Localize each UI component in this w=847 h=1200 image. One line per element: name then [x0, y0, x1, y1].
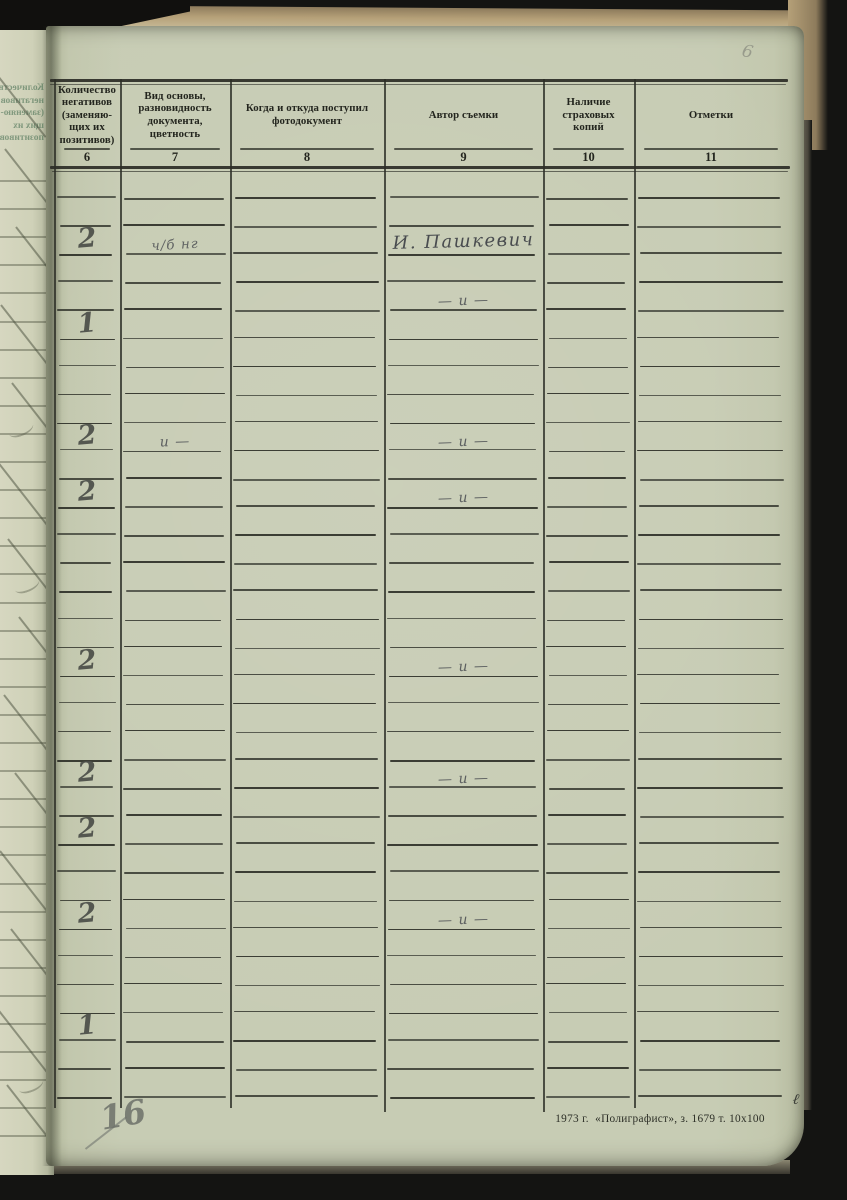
row-line	[549, 451, 625, 453]
row-line	[126, 1041, 224, 1043]
row-line	[548, 367, 628, 369]
row-line	[124, 983, 222, 985]
row-line	[637, 1011, 779, 1013]
row-line	[546, 983, 626, 985]
row-line	[548, 928, 630, 930]
row-line	[57, 984, 114, 986]
row-line	[637, 901, 781, 903]
row-line	[57, 647, 114, 649]
row-line	[236, 281, 379, 283]
row-line	[547, 843, 627, 845]
row-line	[548, 704, 628, 706]
row-line	[60, 786, 113, 788]
row-line	[59, 929, 112, 931]
row-line	[389, 676, 538, 678]
row-line	[123, 1012, 223, 1014]
row-line	[58, 1068, 111, 1070]
row-line	[390, 984, 537, 986]
row-line	[125, 730, 225, 732]
row-line	[59, 254, 112, 256]
column-header-line: (заменяю-	[62, 109, 112, 122]
row-line	[549, 224, 629, 226]
row-line	[390, 1097, 535, 1099]
row-line	[388, 815, 537, 817]
row-line	[640, 927, 782, 929]
row-line	[640, 816, 784, 818]
row-line	[639, 956, 783, 958]
column-header: Когда и откуда поступилфотодокумент	[232, 84, 382, 146]
row-line	[640, 252, 782, 254]
row-line	[637, 563, 781, 565]
row-line	[390, 196, 539, 198]
row-line	[637, 450, 783, 452]
row-line	[640, 1040, 780, 1042]
row-line	[388, 478, 537, 480]
row-line	[389, 786, 536, 788]
row-line	[233, 816, 380, 818]
row-line	[233, 366, 376, 368]
row-line	[387, 844, 538, 846]
row-line	[637, 226, 781, 228]
row-line	[236, 842, 375, 844]
column-header: Автор съемки	[386, 84, 541, 146]
handwritten-entry: — и —	[387, 909, 540, 930]
row-line	[125, 843, 223, 845]
row-line	[387, 507, 538, 509]
header-bottom-rule	[50, 166, 790, 169]
handwritten-entry: и —	[123, 432, 227, 452]
column-border	[230, 79, 232, 1108]
row-line	[638, 648, 784, 650]
row-line	[57, 870, 116, 872]
row-line	[59, 591, 112, 593]
table-top-rule	[50, 79, 788, 82]
row-line	[638, 534, 780, 536]
row-line	[235, 871, 376, 873]
column-number: 11	[634, 150, 788, 164]
row-line	[549, 338, 627, 340]
row-line	[546, 535, 628, 537]
row-line	[638, 1095, 782, 1097]
row-line	[389, 562, 534, 564]
row-line	[638, 421, 782, 423]
row-line	[639, 1069, 781, 1071]
row-line	[389, 1013, 538, 1015]
row-line	[123, 561, 225, 563]
row-line	[547, 730, 629, 732]
row-line	[233, 589, 378, 591]
row-line	[125, 1067, 225, 1069]
row-line	[234, 337, 375, 339]
row-line	[234, 901, 377, 903]
row-line	[60, 900, 111, 902]
row-line	[126, 814, 222, 816]
row-line	[57, 309, 114, 311]
row-line	[547, 393, 629, 395]
row-line	[548, 253, 630, 255]
row-line	[638, 197, 780, 199]
column-border	[384, 79, 386, 1112]
row-line	[548, 1041, 628, 1043]
row-line	[389, 449, 536, 451]
row-line	[388, 365, 539, 367]
row-line	[125, 282, 221, 284]
print-shop-imprint: 1973 г. «Полиграфист», з. 1679 т. 10х100	[540, 1113, 780, 1126]
row-line	[126, 590, 226, 592]
row-line	[387, 280, 536, 282]
column-header-line: Когда и откуда поступил	[246, 102, 368, 115]
row-line	[233, 927, 378, 929]
column-border	[120, 79, 122, 1108]
column-header-line: фотодокумент	[272, 115, 342, 128]
column-header-line: позитивов)	[59, 134, 114, 147]
row-line	[58, 955, 113, 957]
row-line	[387, 618, 536, 620]
row-line	[60, 676, 115, 678]
row-line	[125, 506, 223, 508]
row-line	[234, 226, 377, 228]
row-line	[124, 198, 224, 200]
row-line	[639, 619, 783, 621]
row-line	[123, 788, 221, 790]
row-line	[235, 197, 376, 199]
row-line	[546, 759, 630, 761]
row-line	[60, 225, 111, 227]
row-line	[549, 788, 625, 790]
row-line	[124, 422, 226, 424]
row-line	[236, 619, 379, 621]
row-line	[125, 393, 225, 395]
row-line	[235, 310, 380, 312]
row-line	[236, 732, 377, 734]
row-line	[390, 423, 535, 425]
row-line	[58, 844, 115, 846]
row-line	[547, 282, 625, 284]
row-line	[388, 702, 539, 704]
column-header: Количествонегативов(заменяю-щих ихпозити…	[56, 84, 118, 146]
row-line	[124, 535, 224, 537]
row-line	[234, 1011, 375, 1013]
row-line	[123, 675, 223, 677]
row-line	[637, 674, 779, 676]
row-line	[387, 955, 536, 957]
row-line	[125, 620, 221, 622]
row-line	[235, 534, 376, 536]
row-line	[58, 507, 115, 509]
row-line	[549, 675, 627, 677]
column-header-line: копий	[573, 121, 604, 134]
column-header-line: разновидность	[138, 102, 211, 115]
row-line	[236, 956, 379, 958]
column-border	[543, 79, 545, 1112]
row-line	[57, 196, 116, 198]
row-line	[388, 254, 535, 256]
column-border	[634, 79, 636, 1108]
column-header: Наличиестраховыхкопий	[545, 84, 632, 146]
row-line	[235, 1095, 378, 1097]
row-line	[389, 339, 538, 341]
row-line	[60, 449, 113, 451]
row-line	[57, 760, 112, 762]
row-line	[126, 477, 222, 479]
row-line	[124, 308, 222, 310]
handwritten-entry: — и —	[387, 656, 540, 677]
row-line	[638, 871, 780, 873]
row-line	[233, 252, 378, 254]
column-number: 10	[543, 150, 634, 164]
row-line	[639, 842, 779, 844]
column-header-line: Вид основы,	[144, 90, 205, 103]
column-border	[54, 79, 56, 1108]
row-line	[234, 450, 379, 452]
row-line	[387, 731, 534, 733]
row-line	[390, 647, 537, 649]
column-number: 6	[54, 150, 120, 164]
row-line	[125, 957, 221, 959]
row-line	[57, 533, 116, 535]
row-line	[234, 787, 379, 789]
row-line	[549, 1012, 627, 1014]
row-line	[390, 533, 539, 535]
column-header: Отметки	[636, 84, 786, 146]
row-line	[235, 648, 380, 650]
row-line	[639, 395, 781, 397]
row-line	[548, 477, 626, 479]
row-line	[234, 563, 377, 565]
row-line	[60, 339, 115, 341]
row-line	[235, 985, 380, 987]
row-line	[60, 1013, 115, 1015]
row-line	[126, 928, 226, 930]
row-line	[123, 224, 225, 226]
row-line	[389, 225, 534, 227]
row-line	[546, 422, 630, 424]
row-line	[60, 562, 111, 564]
row-line	[126, 704, 224, 706]
row-line	[236, 395, 377, 397]
row-line	[387, 394, 534, 396]
row-line	[58, 394, 111, 396]
row-line	[549, 899, 629, 901]
column-header-line: цветность	[150, 128, 200, 141]
column-number: 9	[384, 150, 543, 164]
row-line	[547, 620, 625, 622]
column-header-line: документа,	[147, 115, 202, 128]
row-line	[547, 506, 627, 508]
column-header: Вид основы,разновидностьдокумента,цветно…	[122, 84, 228, 146]
column-header-line: Наличие	[567, 96, 611, 109]
row-line	[638, 985, 784, 987]
row-line	[638, 758, 782, 760]
page-number-pencil: 16	[97, 1091, 149, 1137]
row-line	[124, 646, 222, 648]
row-line	[235, 421, 378, 423]
row-line	[547, 957, 625, 959]
column-header-line: Автор съемки	[429, 109, 499, 122]
row-line	[126, 253, 226, 255]
row-line	[546, 308, 626, 310]
row-line	[640, 479, 784, 481]
row-line	[640, 589, 782, 591]
row-line	[124, 872, 224, 874]
row-line	[546, 1096, 630, 1098]
column-header-line: негативов	[62, 96, 112, 109]
row-line	[58, 731, 111, 733]
handwritten-entry: — и —	[387, 487, 540, 508]
row-line	[123, 899, 225, 901]
row-line	[548, 814, 626, 816]
row-line	[548, 590, 630, 592]
row-line	[546, 872, 628, 874]
register-table: Количествонегативов(заменяю-щих ихпозити…	[0, 0, 847, 1200]
row-line	[546, 646, 626, 648]
row-line	[637, 337, 779, 339]
column-number: 7	[120, 150, 230, 164]
row-line	[123, 338, 223, 340]
row-line	[59, 1039, 116, 1041]
column-header-line: Количество	[58, 84, 116, 97]
row-line	[639, 732, 781, 734]
row-line	[57, 423, 112, 425]
row-line	[234, 674, 375, 676]
row-line	[59, 478, 114, 480]
column-header-line: страховых	[562, 109, 614, 122]
row-line	[59, 365, 116, 367]
column-number: 8	[230, 150, 384, 164]
row-line	[639, 505, 779, 507]
row-line	[236, 1069, 377, 1071]
row-line	[546, 198, 628, 200]
row-line	[640, 703, 780, 705]
row-line	[547, 1067, 629, 1069]
row-line	[389, 900, 534, 902]
handwritten-entry: И. Пашкевич	[387, 229, 540, 254]
column-header-line: щих их	[69, 121, 105, 134]
row-line	[638, 310, 784, 312]
row-line	[124, 759, 226, 761]
row-line	[233, 1040, 376, 1042]
row-line	[388, 929, 535, 931]
row-line	[640, 366, 780, 368]
column-header-line: Отметки	[689, 109, 733, 122]
row-line	[387, 1068, 534, 1070]
row-line	[390, 760, 535, 762]
header-bottom-rule-2	[52, 171, 788, 173]
row-line	[233, 703, 376, 705]
row-line	[549, 561, 629, 563]
row-line	[59, 702, 116, 704]
row-line	[235, 758, 378, 760]
row-line	[637, 787, 783, 789]
row-line	[388, 1039, 539, 1041]
scanned-register-page: Количествонегативов(заменяю-щих ихпозити…	[0, 0, 847, 1200]
row-line	[58, 280, 113, 282]
row-line	[58, 618, 113, 620]
row-line	[639, 281, 783, 283]
row-line	[388, 591, 535, 593]
row-line	[126, 367, 224, 369]
row-line	[233, 479, 380, 481]
row-line	[59, 815, 114, 817]
row-line	[390, 309, 537, 311]
row-line	[123, 451, 221, 453]
row-line	[236, 505, 375, 507]
row-line	[390, 870, 539, 872]
